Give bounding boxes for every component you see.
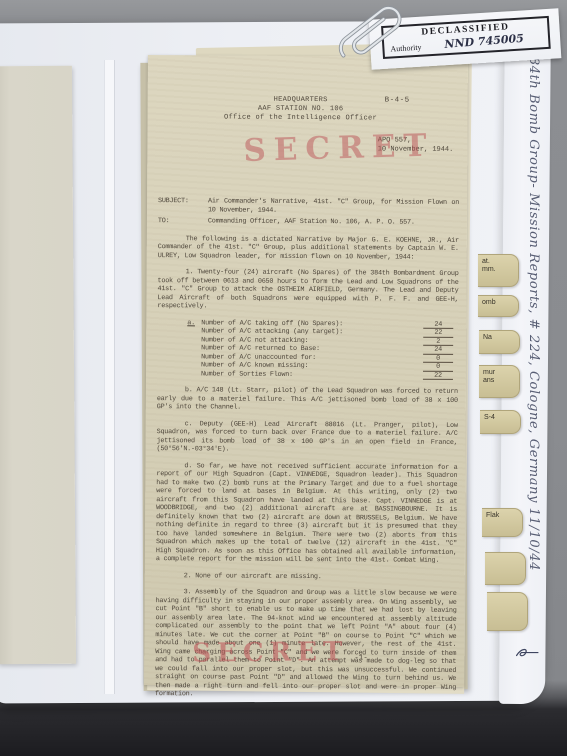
index-tab: Flak — [482, 508, 523, 537]
to-text: Commanding Officer, AAF Station No. 106,… — [208, 217, 459, 227]
stats-value: 2 — [423, 337, 453, 346]
subject-label: SUBJECT: — [158, 197, 208, 214]
to-row: TO: Commanding Officer, AAF Station No. … — [158, 217, 459, 227]
stats-value: 22 — [423, 371, 453, 380]
to-label: TO: — [158, 217, 208, 226]
stats-value: 24 — [423, 320, 453, 329]
paragraph-c: c. Deputy (GEE-H) Lead Aircraft 88016 (L… — [156, 420, 457, 456]
document-header: HEADQUARTERS AAF STATION NO. 106 Office … — [148, 95, 454, 124]
index-tab: omb — [478, 295, 519, 317]
index-tab: mur ans — [479, 365, 520, 398]
stats-prefix: a. — [187, 319, 195, 328]
page-number: -1- — [354, 654, 368, 662]
index-tab: at. mm. — [478, 254, 519, 287]
photo-of-document-on-desk: 384th Bomb Group- Mission Reports, # 224… — [0, 0, 567, 756]
secret-stamp: SECRET — [243, 127, 435, 168]
header-line: Office of the Intelligence Officer — [148, 113, 454, 124]
folder-spine — [104, 60, 115, 694]
subject-row: SUBJECT: Air Commander's Narrative, 41st… — [158, 197, 459, 216]
left-blank-page — [0, 66, 76, 665]
index-tab: S-4 — [480, 410, 521, 434]
stats-value: 24 — [423, 346, 453, 355]
declassified-stamp: DECLASSIFIED Authority NND 745005 — [381, 16, 551, 59]
subject-text: Air Commander's Narrative, 41st. "C" Gro… — [208, 197, 459, 216]
stats-value: 0 — [423, 354, 453, 363]
paragraph-d: d. So far, we have not received sufficie… — [156, 462, 458, 566]
document-body: SUBJECT: Air Commander's Narrative, 41st… — [155, 197, 459, 708]
paragraph-b: b. A/C 148 (Lt. Starr, pilot) of the Lea… — [157, 386, 458, 413]
sortie-stats-table: a. Number of A/C taking off (No Spares):… — [201, 319, 453, 380]
index-tab — [485, 552, 526, 585]
authority-label: Authority — [390, 43, 422, 54]
stats-value: 22 — [423, 329, 453, 338]
index-tab — [487, 592, 528, 631]
typed-document-page: B-4-5 HEADQUARTERS AAF STATION NO. 106 O… — [144, 55, 468, 687]
stats-value: 0 — [423, 363, 453, 372]
intro-paragraph: The following is a dictated Narrative by… — [158, 235, 459, 262]
paragraph-1: 1. Twenty-four (24) aircraft (No Spares)… — [157, 268, 458, 312]
stats-row: Number of Sorties Flown: 22 — [201, 370, 453, 380]
secret-stamp: SECRET — [192, 637, 348, 669]
paragraph-2: 2. None of our aircraft are missing. — [156, 572, 457, 582]
stats-label: Number of Sorties Flown: — [201, 370, 293, 379]
index-tab: Na — [479, 330, 520, 354]
